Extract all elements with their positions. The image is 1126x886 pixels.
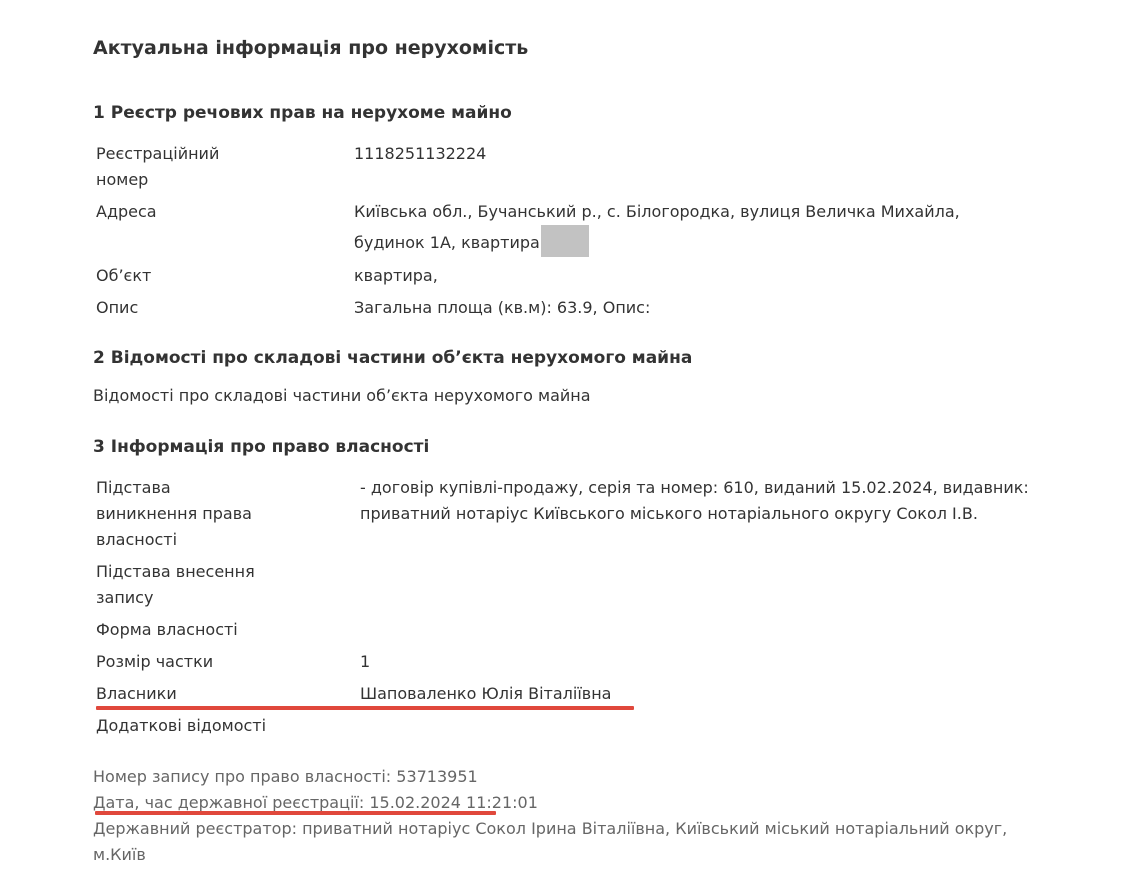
section-1-table: Реєстраційний номер 1118251132224 Адреса…: [96, 141, 1024, 327]
row-value-share-size: 1: [360, 649, 1030, 681]
section-2-text: Відомості про складові частини об’єкта н…: [93, 386, 591, 405]
table-row: Об’єкт квартира,: [96, 263, 1024, 295]
table-row: Опис Загальна площа (кв.м): 63.9, Опис:: [96, 295, 1024, 327]
document-title: Актуальна інформація про нерухомість: [93, 37, 528, 59]
row-label-address: Адреса: [96, 199, 354, 263]
table-row: Адреса Київська обл., Бучанський р., с. …: [96, 199, 1024, 263]
row-value-address: Київська обл., Бучанський р., с. Білогор…: [354, 199, 1024, 263]
table-row: Додаткові відомості: [96, 713, 1030, 745]
state-registrar: Державний реєстратор: приватний нотаріус…: [93, 816, 1033, 868]
section-2-title: 2 Відомості про складові частини об’єкта…: [93, 348, 692, 368]
section-3-table: Підстава виникнення права власності - до…: [96, 475, 1030, 745]
section-3-title: 3 Інформація про право власності: [93, 437, 429, 457]
table-row: Підстава виникнення права власності - до…: [96, 475, 1030, 559]
row-label-share-size: Розмір частки: [96, 649, 360, 681]
row-value-ownership-form: [360, 617, 1030, 649]
owners-highlight-underline: [96, 706, 634, 710]
row-value-entry-basis: [360, 559, 1030, 617]
row-value-registration-number: 1118251132224: [354, 141, 1024, 199]
record-number: Номер запису про право власності: 537139…: [93, 764, 1053, 790]
row-label-entry-basis: Підстава внесення запису: [96, 559, 360, 617]
row-label-ownership-form: Форма власності: [96, 617, 360, 649]
row-value-ownership-basis: - договір купівлі-продажу, серія та номе…: [360, 475, 1030, 559]
table-row: Підстава внесення запису: [96, 559, 1030, 617]
row-label-ownership-basis: Підстава виникнення права власності: [96, 475, 360, 559]
table-row: Реєстраційний номер 1118251132224: [96, 141, 1024, 199]
row-label-object: Об’єкт: [96, 263, 354, 295]
row-label-description: Опис: [96, 295, 354, 327]
row-label-registration-number: Реєстраційний номер: [96, 141, 354, 199]
registration-date-highlight-underline: [95, 811, 496, 815]
table-row: Розмір частки 1: [96, 649, 1030, 681]
address-text: Київська обл., Бучанський р., с. Білогор…: [354, 202, 960, 252]
row-value-description: Загальна площа (кв.м): 63.9, Опис:: [354, 295, 1024, 327]
section-1-title: 1 Реєстр речових прав на нерухоме майно: [93, 103, 512, 123]
redacted-apartment-number: [541, 225, 589, 257]
record-footer: Номер запису про право власності: 537139…: [93, 764, 1053, 868]
table-row: Форма власності: [96, 617, 1030, 649]
row-value-object: квартира,: [354, 263, 1024, 295]
row-value-additional-info: [360, 713, 1030, 745]
row-label-additional-info: Додаткові відомості: [96, 713, 360, 745]
